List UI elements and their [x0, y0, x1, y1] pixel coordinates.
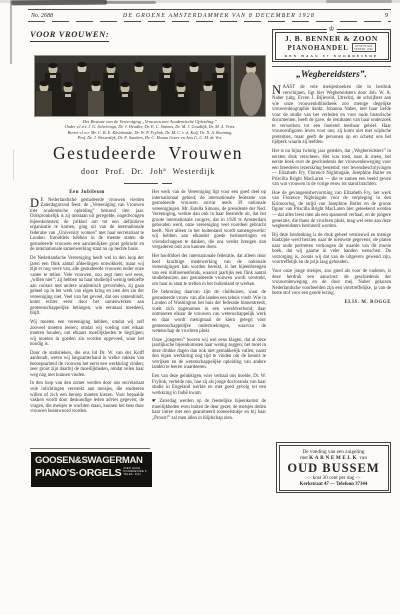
paragraph-text: AAST de vele meisjesboeken die in herdru… [272, 85, 391, 145]
scan-artifact [11, 0, 107, 5]
ad-company-name: J. B. BENNER & ZOON [273, 34, 390, 43]
section-label: VOOR VROUWEN: [30, 29, 109, 42]
paragraph: Het is nu bijna twintig jaar geleden, da… [272, 149, 391, 188]
article-column-3: NAAST de vele meisjesboeken die in herdr… [272, 85, 391, 305]
drop-cap: N [272, 85, 283, 96]
column-rule [30, 448, 150, 449]
paragraph: Een van deze gelukkigen, wier verhaal on… [152, 374, 266, 396]
drop-cap: D [30, 198, 41, 209]
newspaper-page: No. 2688 DE GROENE AMSTERDAMMER VAN 8 DE… [0, 0, 400, 615]
paragraph: DE Nederlandsche gestudeerde vrouwen vie… [30, 198, 144, 253]
scan-artifact [104, 1, 156, 4]
ad-badge-line: SEDERT 1846 [354, 48, 373, 51]
paragraph: Hoe de gevangenishervorming van Elizabet… [272, 191, 391, 230]
paragraph: Bij deze herdenking is de druk geheel ve… [272, 233, 391, 266]
ornamental-divider [28, 183, 268, 184]
ad-address: (DEN HAAG NOORDEINDE 6 TELEF. 116) [123, 468, 146, 477]
group-photo-image [35, 56, 265, 116]
paragraph: De bekroning daarvan zijn de clubhuizen,… [152, 290, 266, 334]
page-number: 9 [385, 12, 388, 19]
paragraph: NAAST de vele meisjesboeken die in herdr… [272, 85, 391, 146]
group-photo-illustration [35, 56, 265, 116]
ad-business-type: PIANOHANDEL [287, 44, 348, 52]
article-title: Gestudeerde Vrouwen [28, 143, 268, 164]
paragraph: De Nederlandsche Vereeniging heeft wel i… [30, 256, 144, 317]
paragraph: Onze „jongeren” hooren wij wel eens klag… [152, 338, 266, 371]
crown-icon: ♔ [326, 26, 336, 33]
ad-company-name: GOOSEN&SWAGERMAN [35, 455, 149, 466]
issue-number: No. 2688 [31, 13, 53, 19]
ad-badge: GEVESTIGD SEDERT 1846 [352, 43, 376, 52]
paragraph: Wij moeten een vereeniging hebben, omdat… [30, 320, 144, 348]
paragraph: ☛ Zaterdag werden op de feestelijke bije… [152, 399, 266, 421]
scan-artifact [10, 0, 12, 64]
oud-bussem-ad: De voeding van een zuigeling met KARNEME… [276, 442, 391, 493]
scan-artifact [326, 0, 392, 3]
review-article-title: „Wegbereidsters”. [272, 70, 391, 80]
caption-line: Onder v.l.n.r. J. G. Schrieinga, Dr. J. … [31, 124, 269, 129]
article-byline: door Prof. Dr. Johª Westerdijk [28, 167, 268, 176]
column-rule [272, 66, 391, 67]
scan-artifact [13, 150, 14, 180]
benner-piano-ad: ♔ J. B. BENNER & ZOON PIANOHANDEL GEVEST… [272, 29, 391, 62]
header-rule-bottom [28, 21, 391, 23]
ad-brand-name: OUD BUSSEM [280, 462, 388, 475]
masthead: DE GROENE AMSTERDAMMER VAN 8 DECEMBER 19… [53, 13, 385, 19]
paragraph-text: E Nederlandsche gestudeerde vrouwen vier… [30, 198, 144, 253]
paragraph: Het hoofddoel der internationale federat… [152, 254, 266, 287]
author-signature: ELIS. M. ROGGE [272, 300, 391, 305]
paragraph: Het werk van de Vereeniging ligt voor ee… [152, 190, 266, 251]
article-column-2: Het werk van de Vereeniging ligt voor ee… [152, 190, 266, 424]
paragraph: In den loop van den zomer werden door on… [30, 381, 144, 414]
goosen-swagerman-ad: GOOSEN&SWAGERMAN PIANO'S·ORGELS (DEN HAA… [31, 452, 152, 487]
article-column-1: Een Jubileum DE Nederlandsche gestudeerd… [30, 190, 144, 418]
paragraph: Voor onze jonge meisjes, zoo goed als vo… [272, 269, 391, 297]
column-subheading: Een Jubileum [30, 190, 144, 195]
ad-address-line: TELEF. 116) [123, 473, 141, 476]
paragraph: Door de statistieken, die ons lid Dr. W.… [30, 351, 144, 379]
photo-caption: Het Bestuur van de Vereeniging „Vrouwen … [31, 119, 269, 140]
ad-border: De voeding van een zuigeling met KARNEME… [279, 445, 389, 491]
ad-contact-line: Kerkstraat 47 — Telefoon 37344 [280, 482, 388, 488]
page-header: No. 2688 DE GROENE AMSTERDAMMER VAN 8 DE… [28, 9, 391, 22]
ad-address: DEN HAAG 97 NOORDEINDE [273, 54, 390, 58]
caption-line: Prof. Dr. J. Westerdijk, Dr. E. Sanders,… [31, 135, 269, 140]
ad-products: PIANO'S·ORGELS [35, 467, 121, 479]
